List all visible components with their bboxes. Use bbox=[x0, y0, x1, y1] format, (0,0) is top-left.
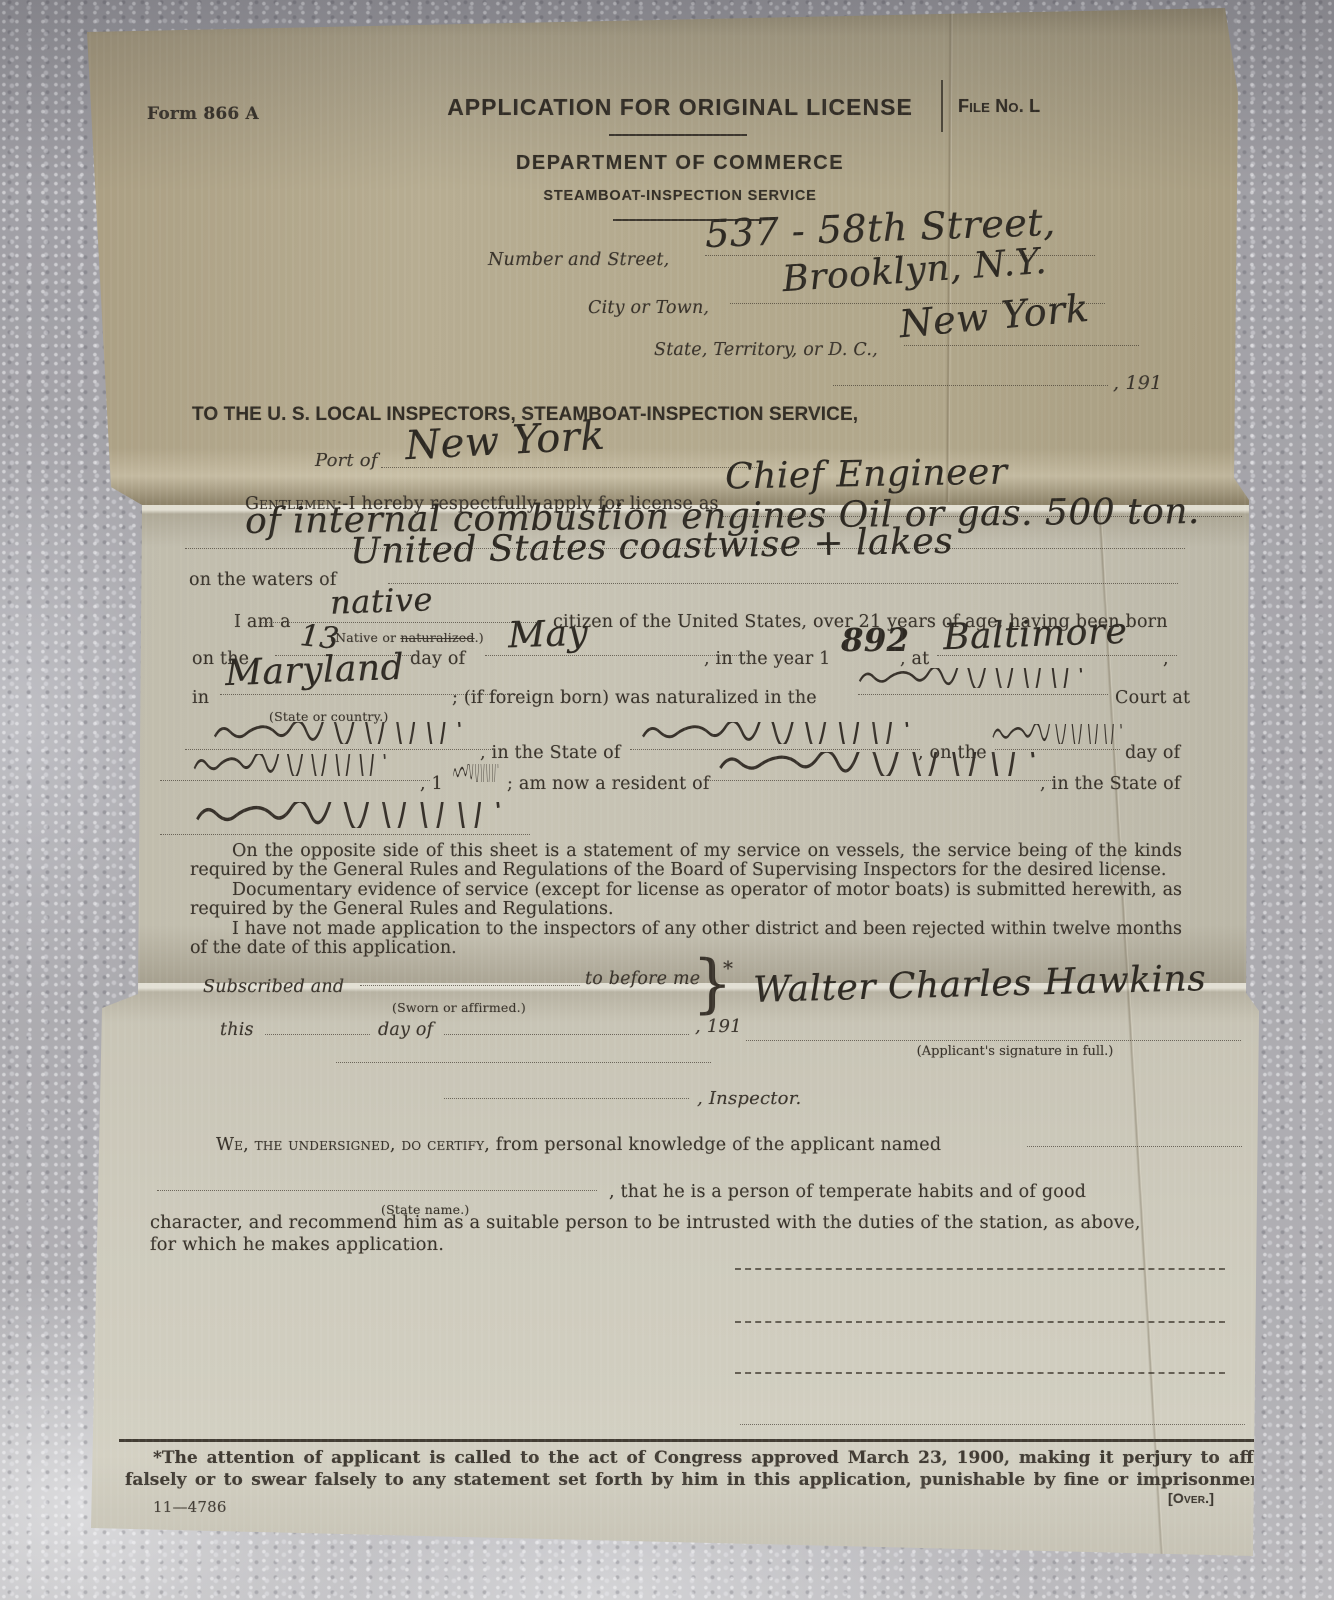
squiggle-place bbox=[213, 722, 465, 744]
paper-document: Form 866 A APPLICATION FOR ORIGINAL LICE… bbox=[75, 8, 1260, 1560]
certify-lead: We, the undersigned, do certify, bbox=[216, 1135, 490, 1155]
state-of-label: , in the State of bbox=[480, 743, 621, 763]
applicant-name-blank-1[interactable] bbox=[1027, 1134, 1242, 1147]
department-title: DEPARTMENT OF COMMERCE bbox=[442, 152, 918, 175]
birth-place-handwriting: Baltimore bbox=[942, 611, 1128, 658]
signature-note: (Applicant's signature in full.) bbox=[865, 1044, 1165, 1059]
certifier-signature-blank-3[interactable] bbox=[735, 1360, 1225, 1374]
birth-state-handwriting: Maryland bbox=[224, 647, 404, 694]
applicant-signature: Walter Charles Hawkins bbox=[753, 958, 1207, 1011]
this-label: this bbox=[220, 1020, 254, 1040]
inspector-blank[interactable] bbox=[444, 1086, 689, 1099]
closing-line: for which he makes application. bbox=[150, 1234, 444, 1255]
inspector-label: , Inspector. bbox=[697, 1088, 801, 1109]
certifier-signature-blank-2[interactable] bbox=[735, 1309, 1225, 1323]
certify-rest: from personal knowledge of the applicant… bbox=[490, 1135, 941, 1155]
citizenship-handwriting: native bbox=[329, 580, 433, 622]
state-of2-label: , in the State of bbox=[1040, 774, 1181, 794]
port-label: Port of bbox=[315, 450, 378, 471]
attest-day-of-label: day of bbox=[378, 1020, 433, 1040]
sworn-note: (Sworn or affirmed.) bbox=[392, 1000, 526, 1015]
declaration-paragraphs: On the opposite side of this sheet is a … bbox=[190, 842, 1182, 958]
year-prefix: , 191 bbox=[1113, 372, 1162, 394]
declaration-para-2: Documentary evidence of service (except … bbox=[190, 881, 1182, 920]
squiggle-resident bbox=[718, 752, 1040, 776]
form-content: Form 866 A APPLICATION FOR ORIGINAL LICE… bbox=[75, 8, 1260, 1560]
title-rule bbox=[609, 134, 747, 136]
license-handwriting-1: Chief Engineer bbox=[725, 452, 1008, 498]
declaration-para-1: On the opposite side of this sheet is a … bbox=[190, 842, 1182, 881]
squiggle-day bbox=[992, 724, 1124, 744]
over-label: [Over.] bbox=[1168, 1490, 1214, 1506]
waters-label: on the waters of bbox=[189, 570, 337, 590]
print-code: 11—4786 bbox=[153, 1498, 227, 1516]
applicant-name-blank-2[interactable] bbox=[157, 1178, 597, 1191]
form-number: Form 866 A bbox=[147, 104, 259, 124]
squiggle-court bbox=[858, 668, 1086, 688]
waters-blank[interactable] bbox=[388, 571, 1178, 584]
birth-month-handwriting: May bbox=[507, 613, 589, 657]
page-title: APPLICATION FOR ORIGINAL LICENSE bbox=[442, 94, 918, 121]
at-label: , at bbox=[900, 649, 929, 669]
notary-blank[interactable] bbox=[336, 1050, 711, 1063]
year-label: , in the year 1 bbox=[704, 649, 831, 669]
one-label: , 1 bbox=[420, 774, 443, 794]
trailing-comma: , bbox=[1163, 649, 1169, 669]
service-title: STEAMBOAT-INSPECTION SERVICE bbox=[442, 188, 918, 204]
this-day-blank[interactable] bbox=[265, 1022, 370, 1035]
footer-rule bbox=[119, 1439, 1254, 1442]
day-of-label: day of bbox=[410, 649, 465, 669]
perjury-note: *The attention of applicant is called to… bbox=[125, 1448, 1287, 1491]
date-blank[interactable] bbox=[833, 373, 1108, 386]
signature-blank[interactable] bbox=[746, 1028, 1241, 1041]
note-post: .) bbox=[475, 630, 484, 645]
squiggle-year bbox=[193, 754, 389, 776]
street-label: Number and Street, bbox=[488, 250, 669, 270]
city-label: City or Town, bbox=[588, 298, 709, 318]
squiggle-small bbox=[453, 764, 499, 782]
certifier-signature-blank-1[interactable] bbox=[735, 1256, 1225, 1270]
in-label: in bbox=[192, 688, 209, 708]
before-me-label: to before me bbox=[585, 969, 700, 989]
file-no-label: File No. L bbox=[958, 96, 1040, 117]
footnote-asterisk: * bbox=[723, 956, 733, 980]
court-at-label: Court at bbox=[1115, 688, 1190, 708]
photo-background: Form 866 A APPLICATION FOR ORIGINAL LICE… bbox=[0, 0, 1334, 1600]
state-label: State, Territory, or D. C., bbox=[654, 340, 878, 360]
header-divider bbox=[941, 80, 943, 132]
subscribed-label: Subscribed and bbox=[203, 977, 344, 997]
declaration-para-3: I have not made application to the inspe… bbox=[190, 920, 1182, 959]
naturalized-line: ; (if foreign born) was naturalized in t… bbox=[452, 688, 817, 708]
certify-line: We, the undersigned, do certify, from pe… bbox=[216, 1135, 941, 1155]
sworn-blank[interactable] bbox=[360, 973, 580, 986]
resident-line: ; am now a resident of bbox=[507, 774, 710, 794]
temperate-line: , that he is a person of temperate habit… bbox=[609, 1182, 1086, 1202]
attest-month-blank[interactable] bbox=[444, 1022, 689, 1035]
attest-year-label: , 191 bbox=[695, 1016, 742, 1037]
day-of2-label: day of bbox=[1125, 743, 1180, 763]
certifier-signature-blank-4[interactable] bbox=[740, 1412, 1245, 1425]
squiggle-state bbox=[641, 722, 913, 744]
squiggle-resident-state bbox=[195, 802, 505, 828]
character-line: character, and recommend him as a suitab… bbox=[150, 1212, 1141, 1233]
